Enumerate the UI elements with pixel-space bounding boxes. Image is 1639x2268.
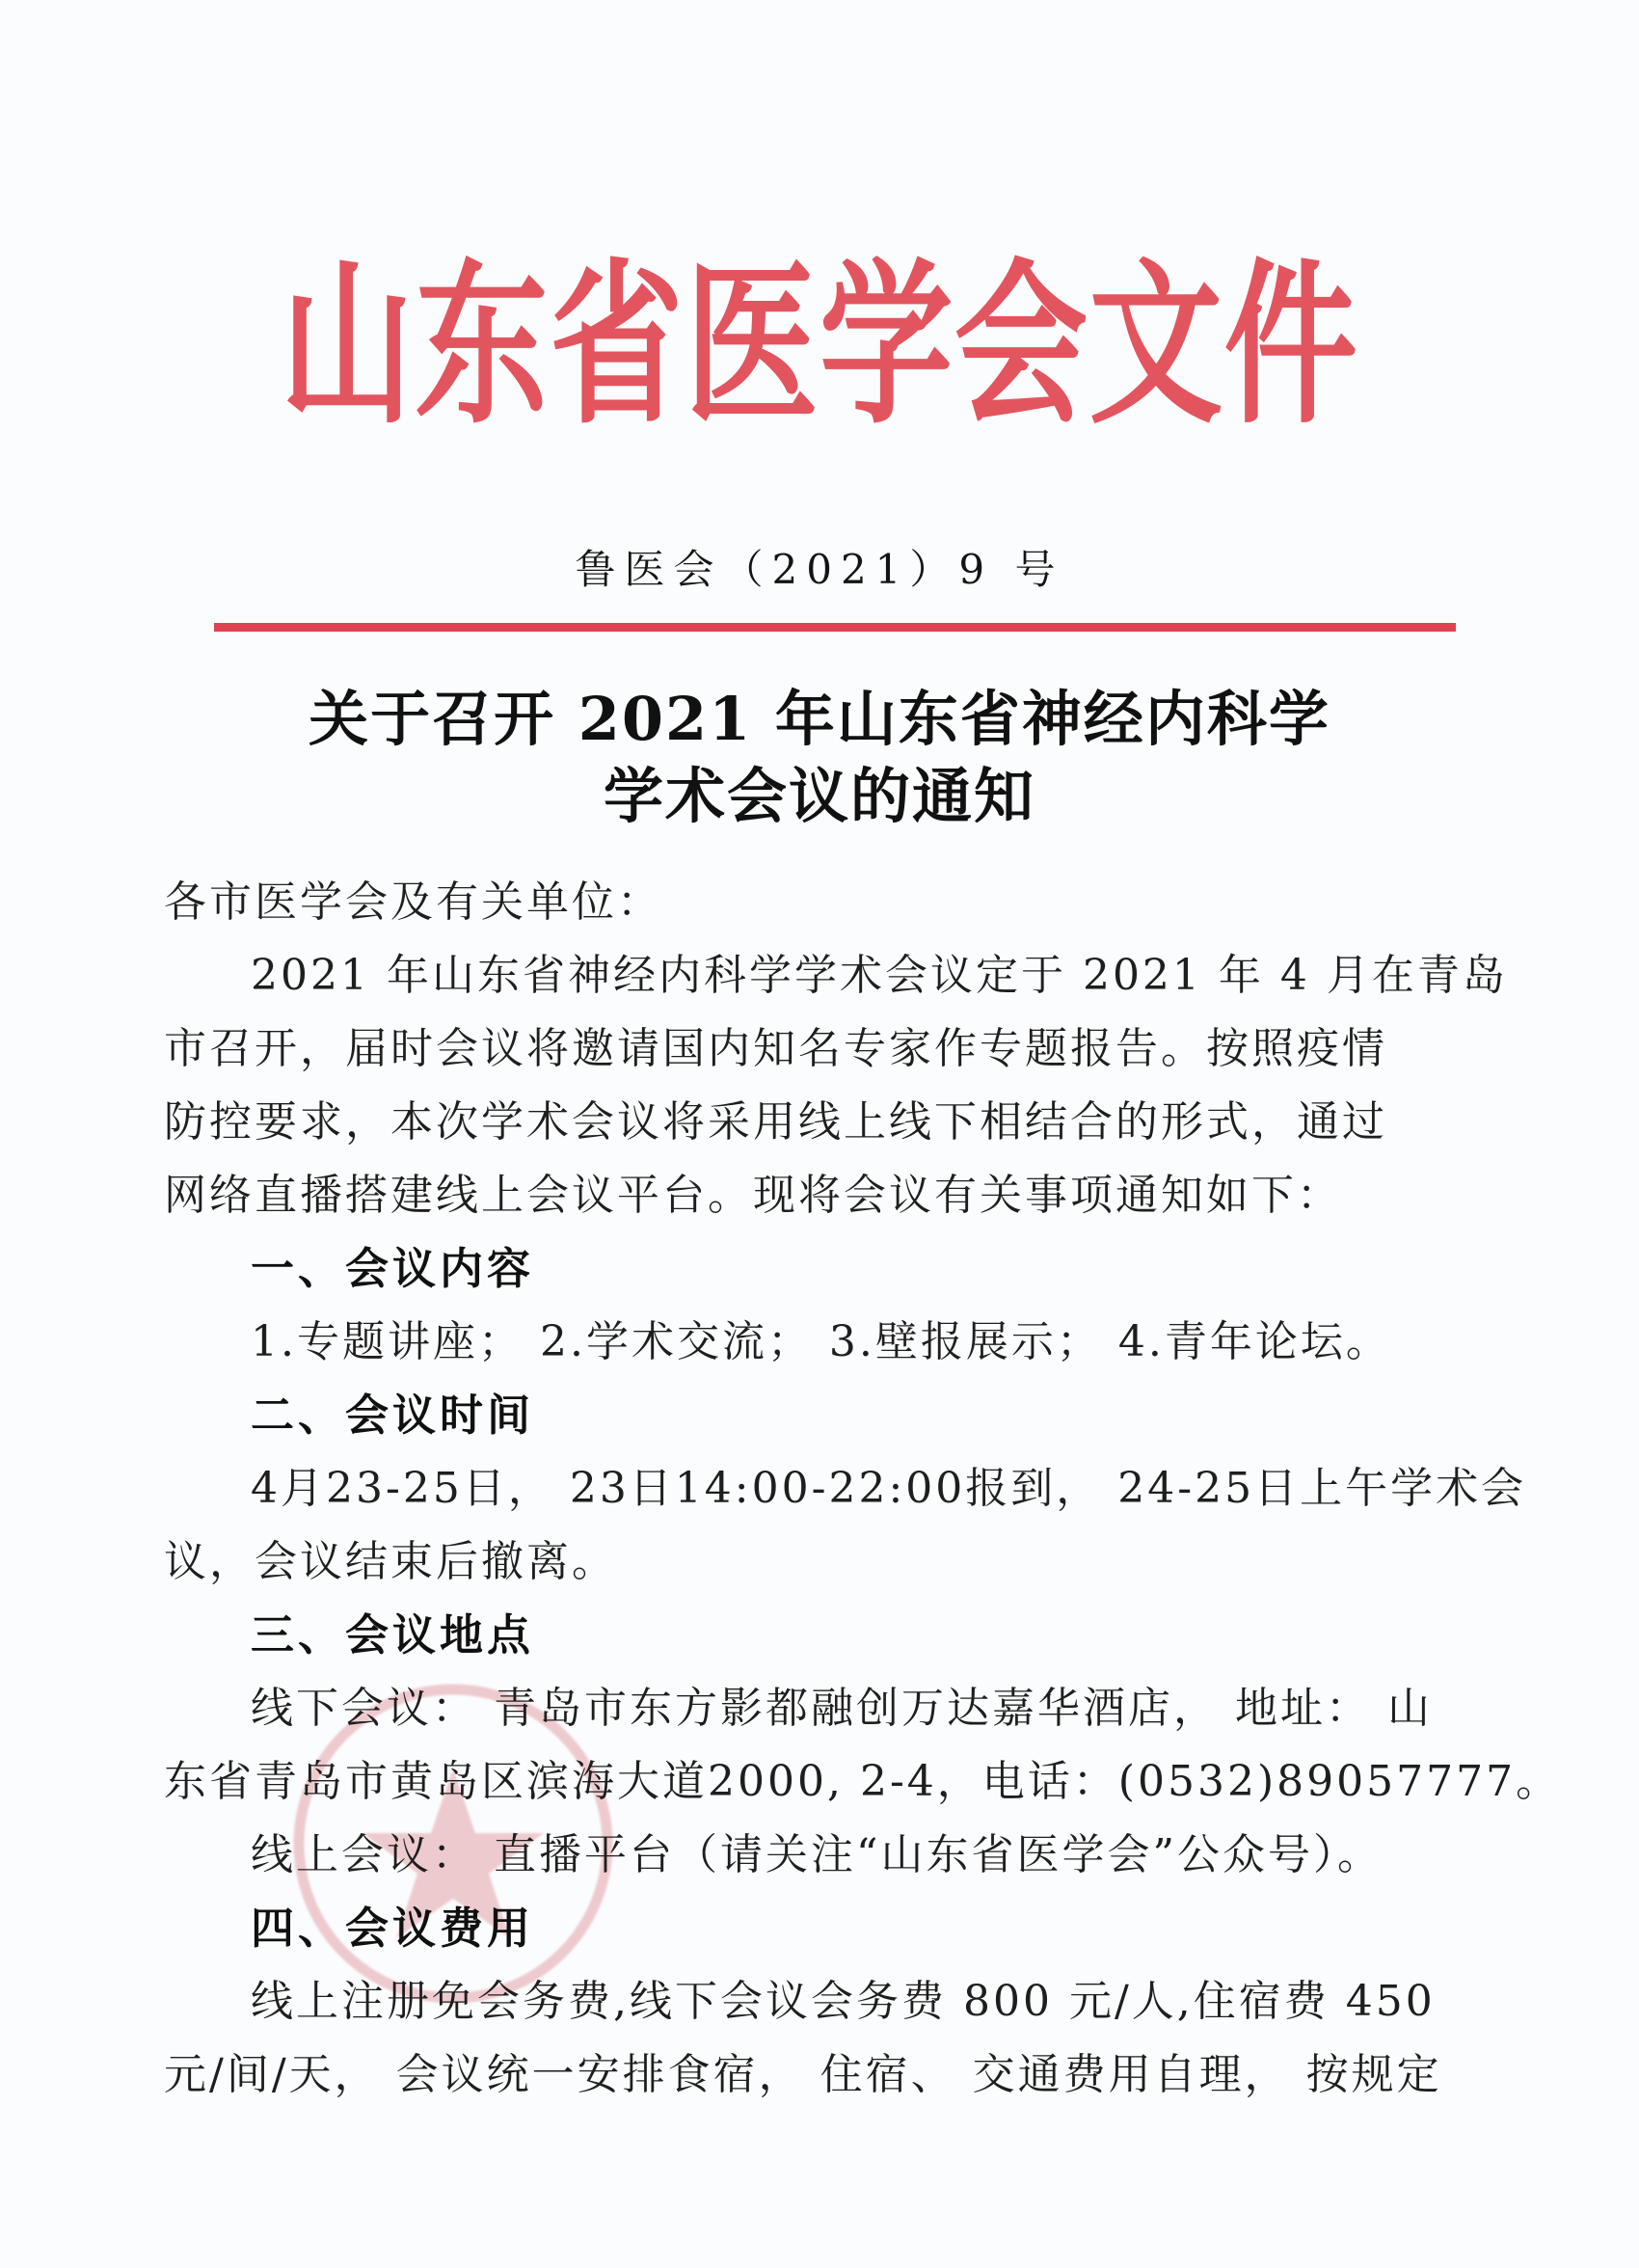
notice-body: 各市医学会及有关单位： 2021 年山东省神经内科学学术会议定于 2021 年 …	[164, 866, 1487, 2112]
body-line: 线下会议： 青岛市东方影都融创万达嘉华酒店， 地址： 山	[164, 1672, 1487, 1745]
body-line: 网络直播搭建线上会议平台。现将会议有关事项通知如下：	[164, 1159, 1487, 1232]
document-number: 鲁医会（2021）9 号	[0, 538, 1639, 596]
section-heading-1: 一、会议内容	[164, 1232, 1487, 1306]
body-line: 4月23-25日， 23日14:00-22:00报到， 24-25日上午学术会	[164, 1452, 1487, 1525]
section-heading-2: 二、会议时间	[164, 1379, 1487, 1452]
body-line: 线上注册免会务费,线下会议会务费 800 元/人,住宿费 450	[164, 1965, 1487, 2038]
notice-title-line-1: 关于召开 2021 年山东省神经内科学	[0, 681, 1639, 758]
body-line: 1.专题讲座； 2.学术交流； 3.壁报展示； 4.青年论坛。	[164, 1306, 1487, 1379]
body-line: 防控要求，本次学术会议将采用线上线下相结合的形式，通过	[164, 1086, 1487, 1159]
body-line: 东省青岛市黄岛区滨海大道2000, 2-4，电话：(0532)89057777。	[164, 1745, 1487, 1819]
body-line: 2021 年山东省神经内科学学术会议定于 2021 年 4 月在青岛	[164, 939, 1487, 1012]
section-heading-4: 四、会议费用	[164, 1892, 1487, 1965]
body-line: 市召开，届时会议将邀请国内知名专家作专题报告。按照疫情	[164, 1012, 1487, 1086]
body-line: 线上会议： 直播平台（请关注“山东省医学会”公众号）。	[164, 1819, 1487, 1892]
body-line: 元/间/天， 会议统一安排食宿， 住宿、 交通费用自理， 按规定	[164, 2038, 1487, 2112]
document-page: 山东省医学会文件 鲁医会（2021）9 号 关于召开 2021 年山东省神经内科…	[0, 0, 1639, 2268]
notice-title-line-2: 学术会议的通知	[0, 758, 1639, 835]
notice-title: 关于召开 2021 年山东省神经内科学 学术会议的通知	[0, 681, 1639, 835]
masthead-title: 山东省医学会文件	[197, 239, 1442, 449]
red-divider-rule	[214, 623, 1456, 632]
body-line: 各市医学会及有关单位：	[164, 866, 1487, 939]
body-line: 议，会议结束后撤离。	[164, 1525, 1487, 1599]
section-heading-3: 三、会议地点	[164, 1599, 1487, 1672]
